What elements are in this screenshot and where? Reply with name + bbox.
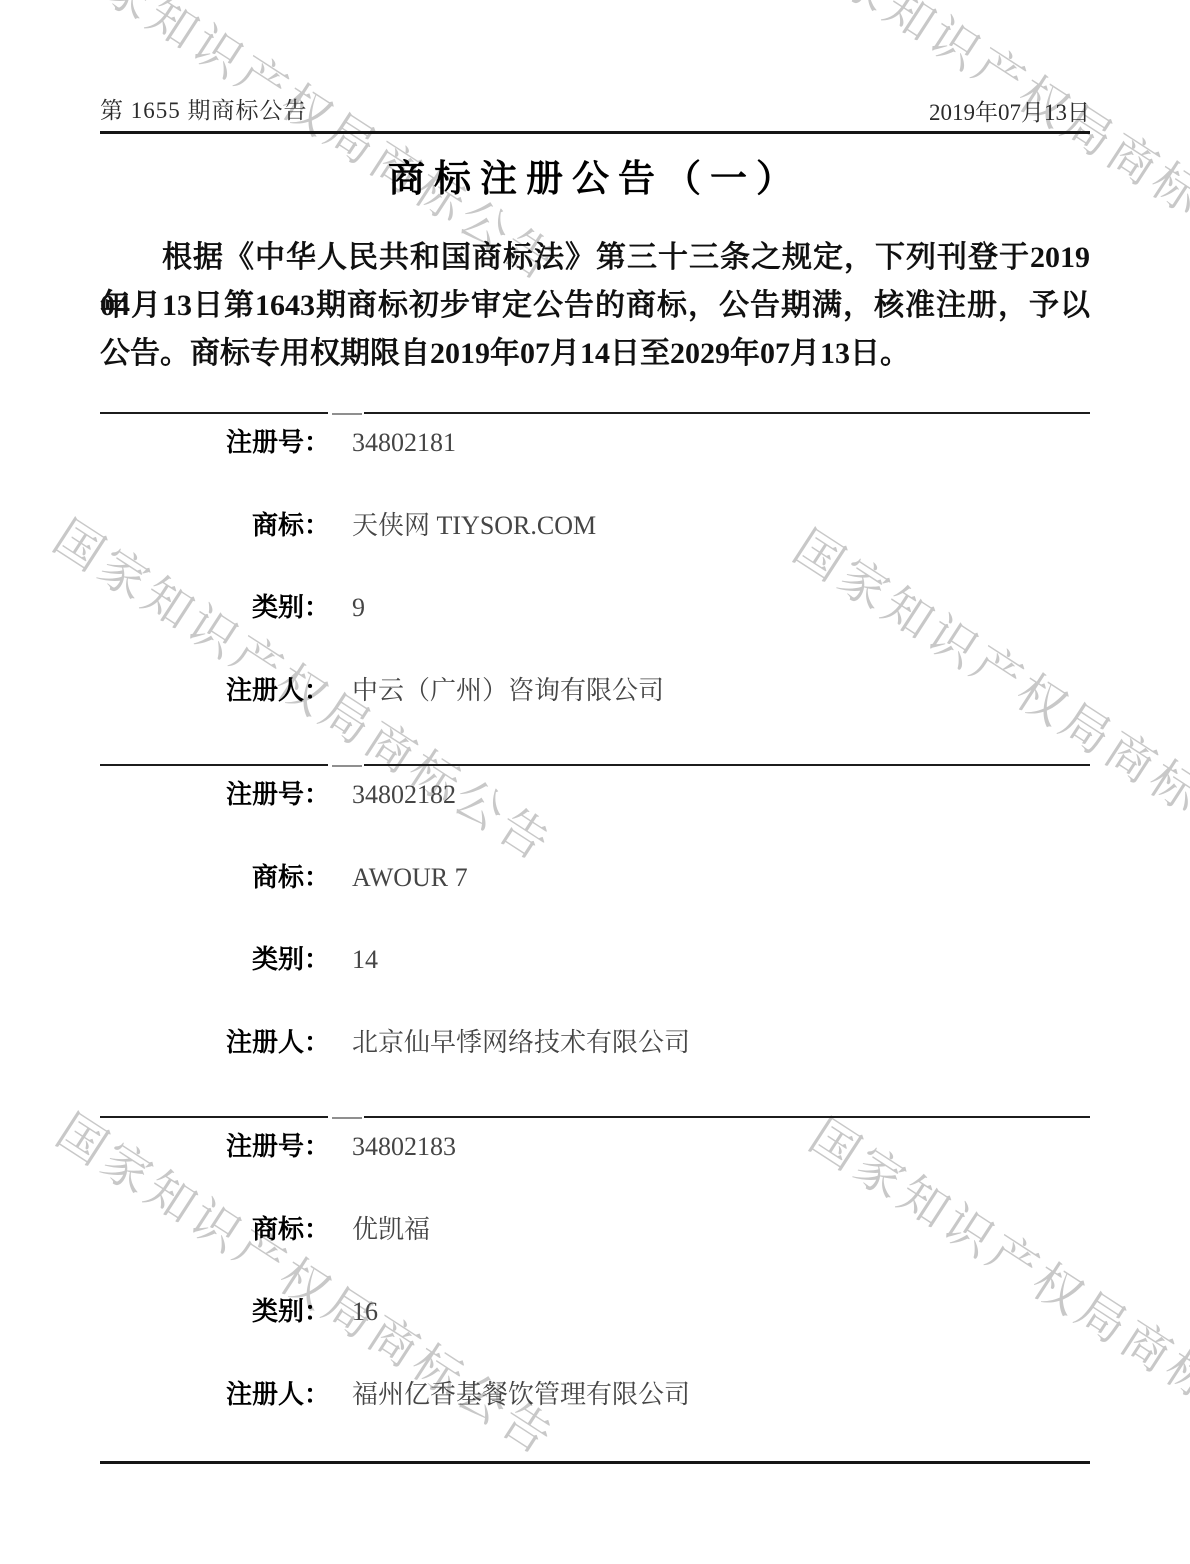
intro-line: 根据《中华人民共和国商标法》第三十三条之规定，下列刊登于2019年 [100, 234, 1090, 282]
category-label: 类别： [100, 942, 330, 978]
intro-line: 04月13日第1643期商标初步审定公告的商标，公告期满，核准注册，予以 [100, 282, 1090, 330]
trademark-value: 优凯福 [352, 1212, 1090, 1248]
category-label: 类别： [100, 1294, 330, 1330]
entry-row-registrant: 注册人： 中云（广州）咨询有限公司 [100, 673, 1090, 709]
trademark-label: 商标： [100, 1212, 330, 1248]
separator-scan-dash [332, 765, 362, 767]
trademark-label: 商标： [100, 860, 330, 896]
publication-date: 2019年07月13日 [100, 94, 1090, 127]
entry-row-category: 类别： 16 [100, 1294, 1090, 1330]
bottom-rule [100, 1461, 1090, 1464]
separator-scan-dash [332, 413, 362, 415]
reg-no-value: 34802181 [352, 425, 1090, 461]
header-rule [100, 131, 1090, 134]
trademark-entry: 注册号： 34802181 商标： 天侠网 TIYSOR.COM 类别： 9 注… [100, 425, 1090, 725]
registrant-value: 北京仙早悸网络技术有限公司 [352, 1025, 1090, 1061]
entry-separator [100, 1116, 1090, 1118]
entry-separator [100, 412, 1090, 414]
trademark-label: 商标： [100, 508, 330, 544]
category-value: 16 [352, 1294, 1090, 1330]
entry-row-reg-no: 注册号： 34802182 [100, 777, 1090, 813]
reg-no-value: 34802182 [352, 777, 1090, 813]
entry-row-reg-no: 注册号： 34802181 [100, 425, 1090, 461]
registrant-value: 中云（广州）咨询有限公司 [352, 673, 1090, 709]
category-value: 9 [352, 590, 1090, 626]
entry-row-registrant: 注册人： 北京仙早悸网络技术有限公司 [100, 1025, 1090, 1061]
category-value: 14 [352, 942, 1090, 978]
reg-no-label: 注册号： [100, 425, 330, 461]
registrant-value: 福州亿香基餐饮管理有限公司 [352, 1377, 1090, 1413]
trademark-value: 天侠网 TIYSOR.COM [352, 508, 1090, 544]
intro-line: 公告。商标专用权期限自2019年07月14日至2029年07月13日。 [100, 330, 1090, 378]
reg-no-label: 注册号： [100, 1129, 330, 1165]
entry-row-reg-no: 注册号： 34802183 [100, 1129, 1090, 1165]
entry-row-registrant: 注册人： 福州亿香基餐饮管理有限公司 [100, 1377, 1090, 1413]
entry-separator [100, 764, 1090, 766]
entry-row-category: 类别： 14 [100, 942, 1090, 978]
entry-row-category: 类别： 9 [100, 590, 1090, 626]
document-content: 第 1655 期商标公告 2019年07月13日 商标注册公告（一） 根据《中华… [0, 0, 1190, 1564]
trademark-value: AWOUR 7 [352, 860, 1090, 896]
page-title: 商标注册公告（一） [100, 148, 1090, 202]
separator-scan-dash [332, 1117, 362, 1119]
reg-no-label: 注册号： [100, 777, 330, 813]
document-page: 国家知识产权局商标公告 国家知识产权局商标公告 国家知识产权局商标公告 国家知识… [0, 0, 1190, 1564]
reg-no-value: 34802183 [352, 1129, 1090, 1165]
registrant-label: 注册人： [100, 673, 330, 709]
trademark-entry: 注册号： 34802183 商标： 优凯福 类别： 16 注册人： 福州亿香基餐… [100, 1129, 1090, 1429]
entry-row-trademark: 商标： AWOUR 7 [100, 860, 1090, 896]
category-label: 类别： [100, 590, 330, 626]
trademark-entry: 注册号： 34802182 商标： AWOUR 7 类别： 14 注册人： 北京… [100, 777, 1090, 1077]
registrant-label: 注册人： [100, 1377, 330, 1413]
entry-row-trademark: 商标： 优凯福 [100, 1212, 1090, 1248]
intro-paragraph: 根据《中华人民共和国商标法》第三十三条之规定，下列刊登于2019年 04月13日… [100, 234, 1090, 378]
registrant-label: 注册人： [100, 1025, 330, 1061]
entry-row-trademark: 商标： 天侠网 TIYSOR.COM [100, 508, 1090, 544]
